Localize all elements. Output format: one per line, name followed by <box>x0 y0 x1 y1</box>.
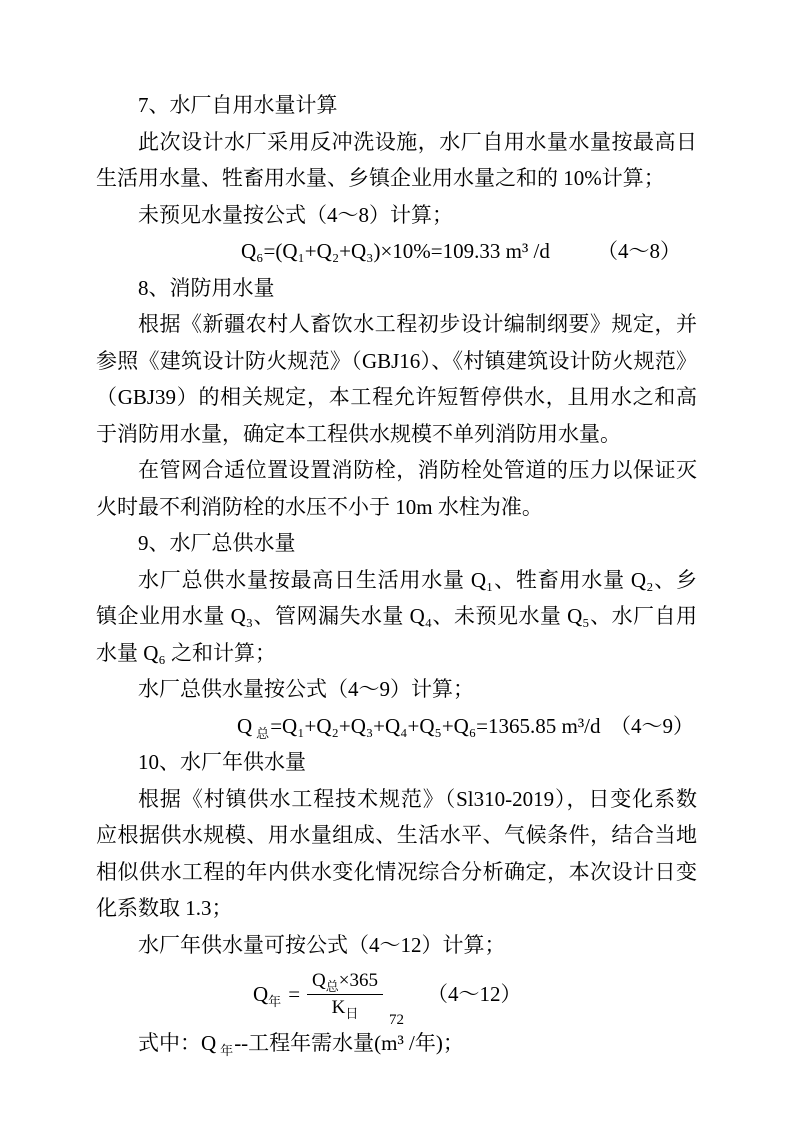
formula-4-8: Q₆=(Q₁+Q₂+Q₃)×10%=109.33 m³ /d （4～8） <box>96 233 697 270</box>
formula-4-12-equals: = <box>288 976 300 1013</box>
section-8-title: 8、消防用水量 <box>96 270 697 307</box>
formula-4-9-tag: （4～9） <box>610 708 694 745</box>
section-9-body: 水厂总供水量按最高日生活用水量 Q₁、牲畜用水量 Q₂、乡镇企业用水量 Q₃、管… <box>96 562 697 672</box>
section-8-body-2: 在管网合适位置设置消防栓，消防栓处管道的压力以保证灭火时最不利消防栓的水压不小于… <box>96 452 697 525</box>
formula-4-12-numerator-rest: ×365 <box>339 970 378 991</box>
page-number: 72 <box>0 1010 793 1030</box>
formula-4-12-numerator-base: Q <box>312 970 326 991</box>
formula-legend-prefix: 式中：Q <box>138 1031 216 1055</box>
formula-4-12-numerator: Q总×365 <box>307 969 383 995</box>
section-7-formula-intro: 未预见水量按公式（4～8）计算； <box>96 197 697 234</box>
formula-4-9: Q总=Q₁+Q₂+Q₃+Q₄+Q₅+Q₆=1365.85 m³/d （4～9） <box>96 708 697 745</box>
formula-legend: 式中：Q年--工程年需水量(m³ /年)； <box>96 1025 697 1062</box>
section-10-formula-intro: 水厂年供水量可按公式（4～12）计算； <box>96 927 697 964</box>
section-7-body: 此次设计水厂采用反冲洗设施，水厂自用水量水量按最高日生活用水量、牲畜用水量、乡镇… <box>96 124 697 197</box>
formula-4-9-lhs-subscript: 总 <box>256 726 269 741</box>
formula-4-8-expression: Q₆=(Q₁+Q₂+Q₃)×10%=109.33 m³ /d <box>241 239 550 263</box>
formula-4-12-lhs-subscript: 年 <box>268 994 281 1009</box>
formula-4-9-expression: =Q₁+Q₂+Q₃+Q₄+Q₅+Q₆=1365.85 m³/d <box>270 714 600 738</box>
formula-4-12-lhs: Q年 <box>253 976 281 1013</box>
section-10-title: 10、水厂年供水量 <box>96 744 697 781</box>
section-9-title: 9、水厂总供水量 <box>96 525 697 562</box>
section-8-body-1: 根据《新疆农村人畜饮水工程初步设计编制纲要》规定，并参照《建筑设计防火规范》（G… <box>96 306 697 452</box>
formula-4-12-tag: （4～12） <box>427 976 522 1013</box>
formula-4-9-lhs: Q <box>237 714 252 738</box>
formula-4-12-lhs-base: Q <box>253 982 268 1006</box>
formula-legend-subscript: 年 <box>220 1043 233 1058</box>
section-10-body: 根据《村镇供水工程技术规范》（Sl310-2019），日变化系数应根据供水规模、… <box>96 781 697 927</box>
document-content: 7、水厂自用水量计算 此次设计水厂采用反冲洗设施，水厂自用水量水量按最高日生活用… <box>96 87 697 1062</box>
formula-legend-rest: --工程年需水量(m³ /年)； <box>234 1031 464 1055</box>
section-7-title: 7、水厂自用水量计算 <box>96 87 697 124</box>
formula-4-12-numerator-subscript: 总 <box>326 978 339 993</box>
section-9-formula-intro: 水厂总供水量按公式（4～9）计算； <box>96 671 697 708</box>
document-page: 7、水厂自用水量计算 此次设计水厂采用反冲洗设施，水厂自用水量水量按最高日生活用… <box>0 0 793 1122</box>
formula-4-8-tag: （4～8） <box>597 233 681 270</box>
